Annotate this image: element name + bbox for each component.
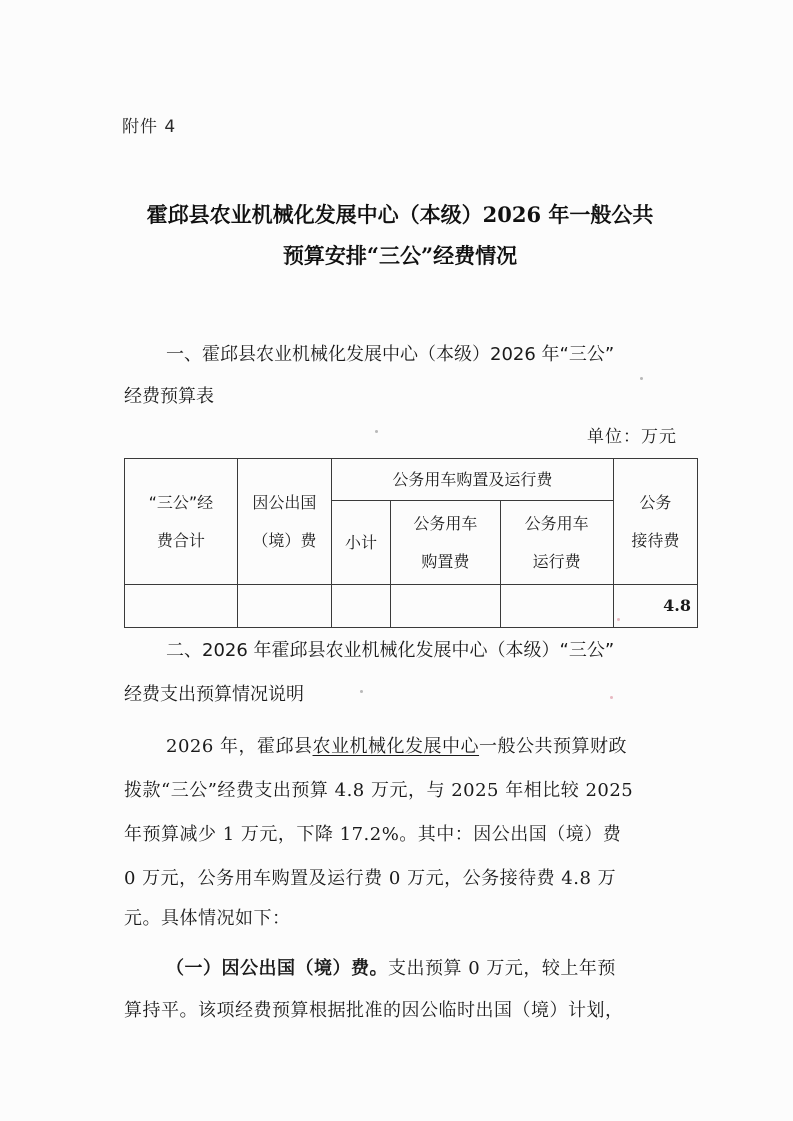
scan-speck [375, 430, 378, 433]
paragraph1-line4: 0 万元，公务用车购置及运行费 0 万元，公务接待费 4.8 万 [124, 864, 698, 890]
document-title-line1: 霍邱县农业机械化发展中心（本级）2026 年一般公共 [100, 195, 700, 235]
section1-heading-line2: 经费预算表 [124, 382, 214, 408]
scan-speck [610, 696, 613, 699]
paragraph1-line1-post: 一般公共预算财政 [479, 736, 627, 757]
unit-label: 单位：万元 [587, 422, 677, 447]
document-page: 附件 4 霍邱县农业机械化发展中心（本级）2026 年一般公共 预算安排“三公”… [0, 0, 793, 1121]
header-vehicle-subtotal: 小计 [331, 501, 390, 585]
header-total-line2: 费合计 [125, 522, 237, 560]
paragraph1-line1-pre: 2026 年，霍邱县 [166, 736, 313, 757]
section1-heading-line1: 一、霍邱县农业机械化发展中心（本级）2026 年“三公” [166, 340, 614, 366]
scan-speck [640, 377, 643, 380]
header-abroad-line2: （境）费 [238, 522, 331, 560]
header-abroad-line1: 因公出国 [238, 484, 331, 522]
cell-vehicle-operation [500, 585, 613, 628]
header-vehicle-operation-line2: 运行费 [501, 543, 613, 581]
header-vehicle-purchase-line1: 公务用车 [391, 505, 499, 543]
paragraph1-line3: 年预算减少 1 万元，下降 17.2%。其中：因公出国（境）费 [124, 820, 698, 846]
header-vehicle-purchase: 公务用车 购置费 [391, 501, 500, 585]
header-vehicle-operation: 公务用车 运行费 [500, 501, 613, 585]
header-abroad: 因公出国 （境）费 [237, 459, 331, 585]
header-vehicle-group: 公务用车购置及运行费 [331, 459, 613, 501]
header-total-line1: “三公”经 [125, 484, 237, 522]
cell-abroad [237, 585, 331, 628]
header-total: “三公”经 费合计 [125, 459, 238, 585]
header-vehicle-operation-line1: 公务用车 [501, 505, 613, 543]
cell-vehicle-purchase [391, 585, 500, 628]
cell-vehicle-subtotal [331, 585, 390, 628]
attachment-label: 附件 4 [122, 112, 176, 137]
paragraph1-line1: 2026 年，霍邱县农业机械化发展中心一般公共预算财政 [166, 732, 740, 758]
header-reception-line2: 接待费 [614, 522, 697, 560]
scan-speck [360, 690, 363, 693]
paragraph2-line1-rest: 支出预算 0 万元，较上年预 [388, 958, 616, 979]
paragraph2-line1: （一）因公出国（境）费。支出预算 0 万元，较上年预 [166, 954, 740, 980]
paragraph1-line2: 拨款“三公”经费支出预算 4.8 万元，与 2025 年相比较 2025 [124, 776, 698, 802]
scan-speck [617, 618, 620, 621]
header-vehicle-purchase-line2: 购置费 [391, 543, 499, 581]
header-reception: 公务 接待费 [613, 459, 697, 585]
subsection-heading-abroad: （一）因公出国（境）费。 [166, 958, 388, 979]
table-row: 4.8 [125, 585, 698, 628]
agency-name-underlined: 农业机械化发展中心 [313, 736, 480, 757]
document-title-line2: 预算安排“三公”经费情况 [100, 236, 700, 276]
cell-total [125, 585, 238, 628]
table-header-row-1: “三公”经 费合计 因公出国 （境）费 公务用车购置及运行费 公务 接待费 [125, 459, 698, 501]
three-public-budget-table: “三公”经 费合计 因公出国 （境）费 公务用车购置及运行费 公务 接待费 小计… [124, 458, 698, 628]
paragraph1-line5: 元。具体情况如下： [124, 904, 698, 930]
section2-heading-line1: 二、2026 年霍邱县农业机械化发展中心（本级）“三公” [166, 636, 614, 662]
header-reception-line1: 公务 [614, 484, 697, 522]
cell-reception: 4.8 [613, 585, 697, 628]
section2-heading-line2: 经费支出预算情况说明 [124, 680, 304, 706]
paragraph2-line2: 算持平。该项经费预算根据批准的因公临时出国（境）计划， [124, 996, 698, 1022]
